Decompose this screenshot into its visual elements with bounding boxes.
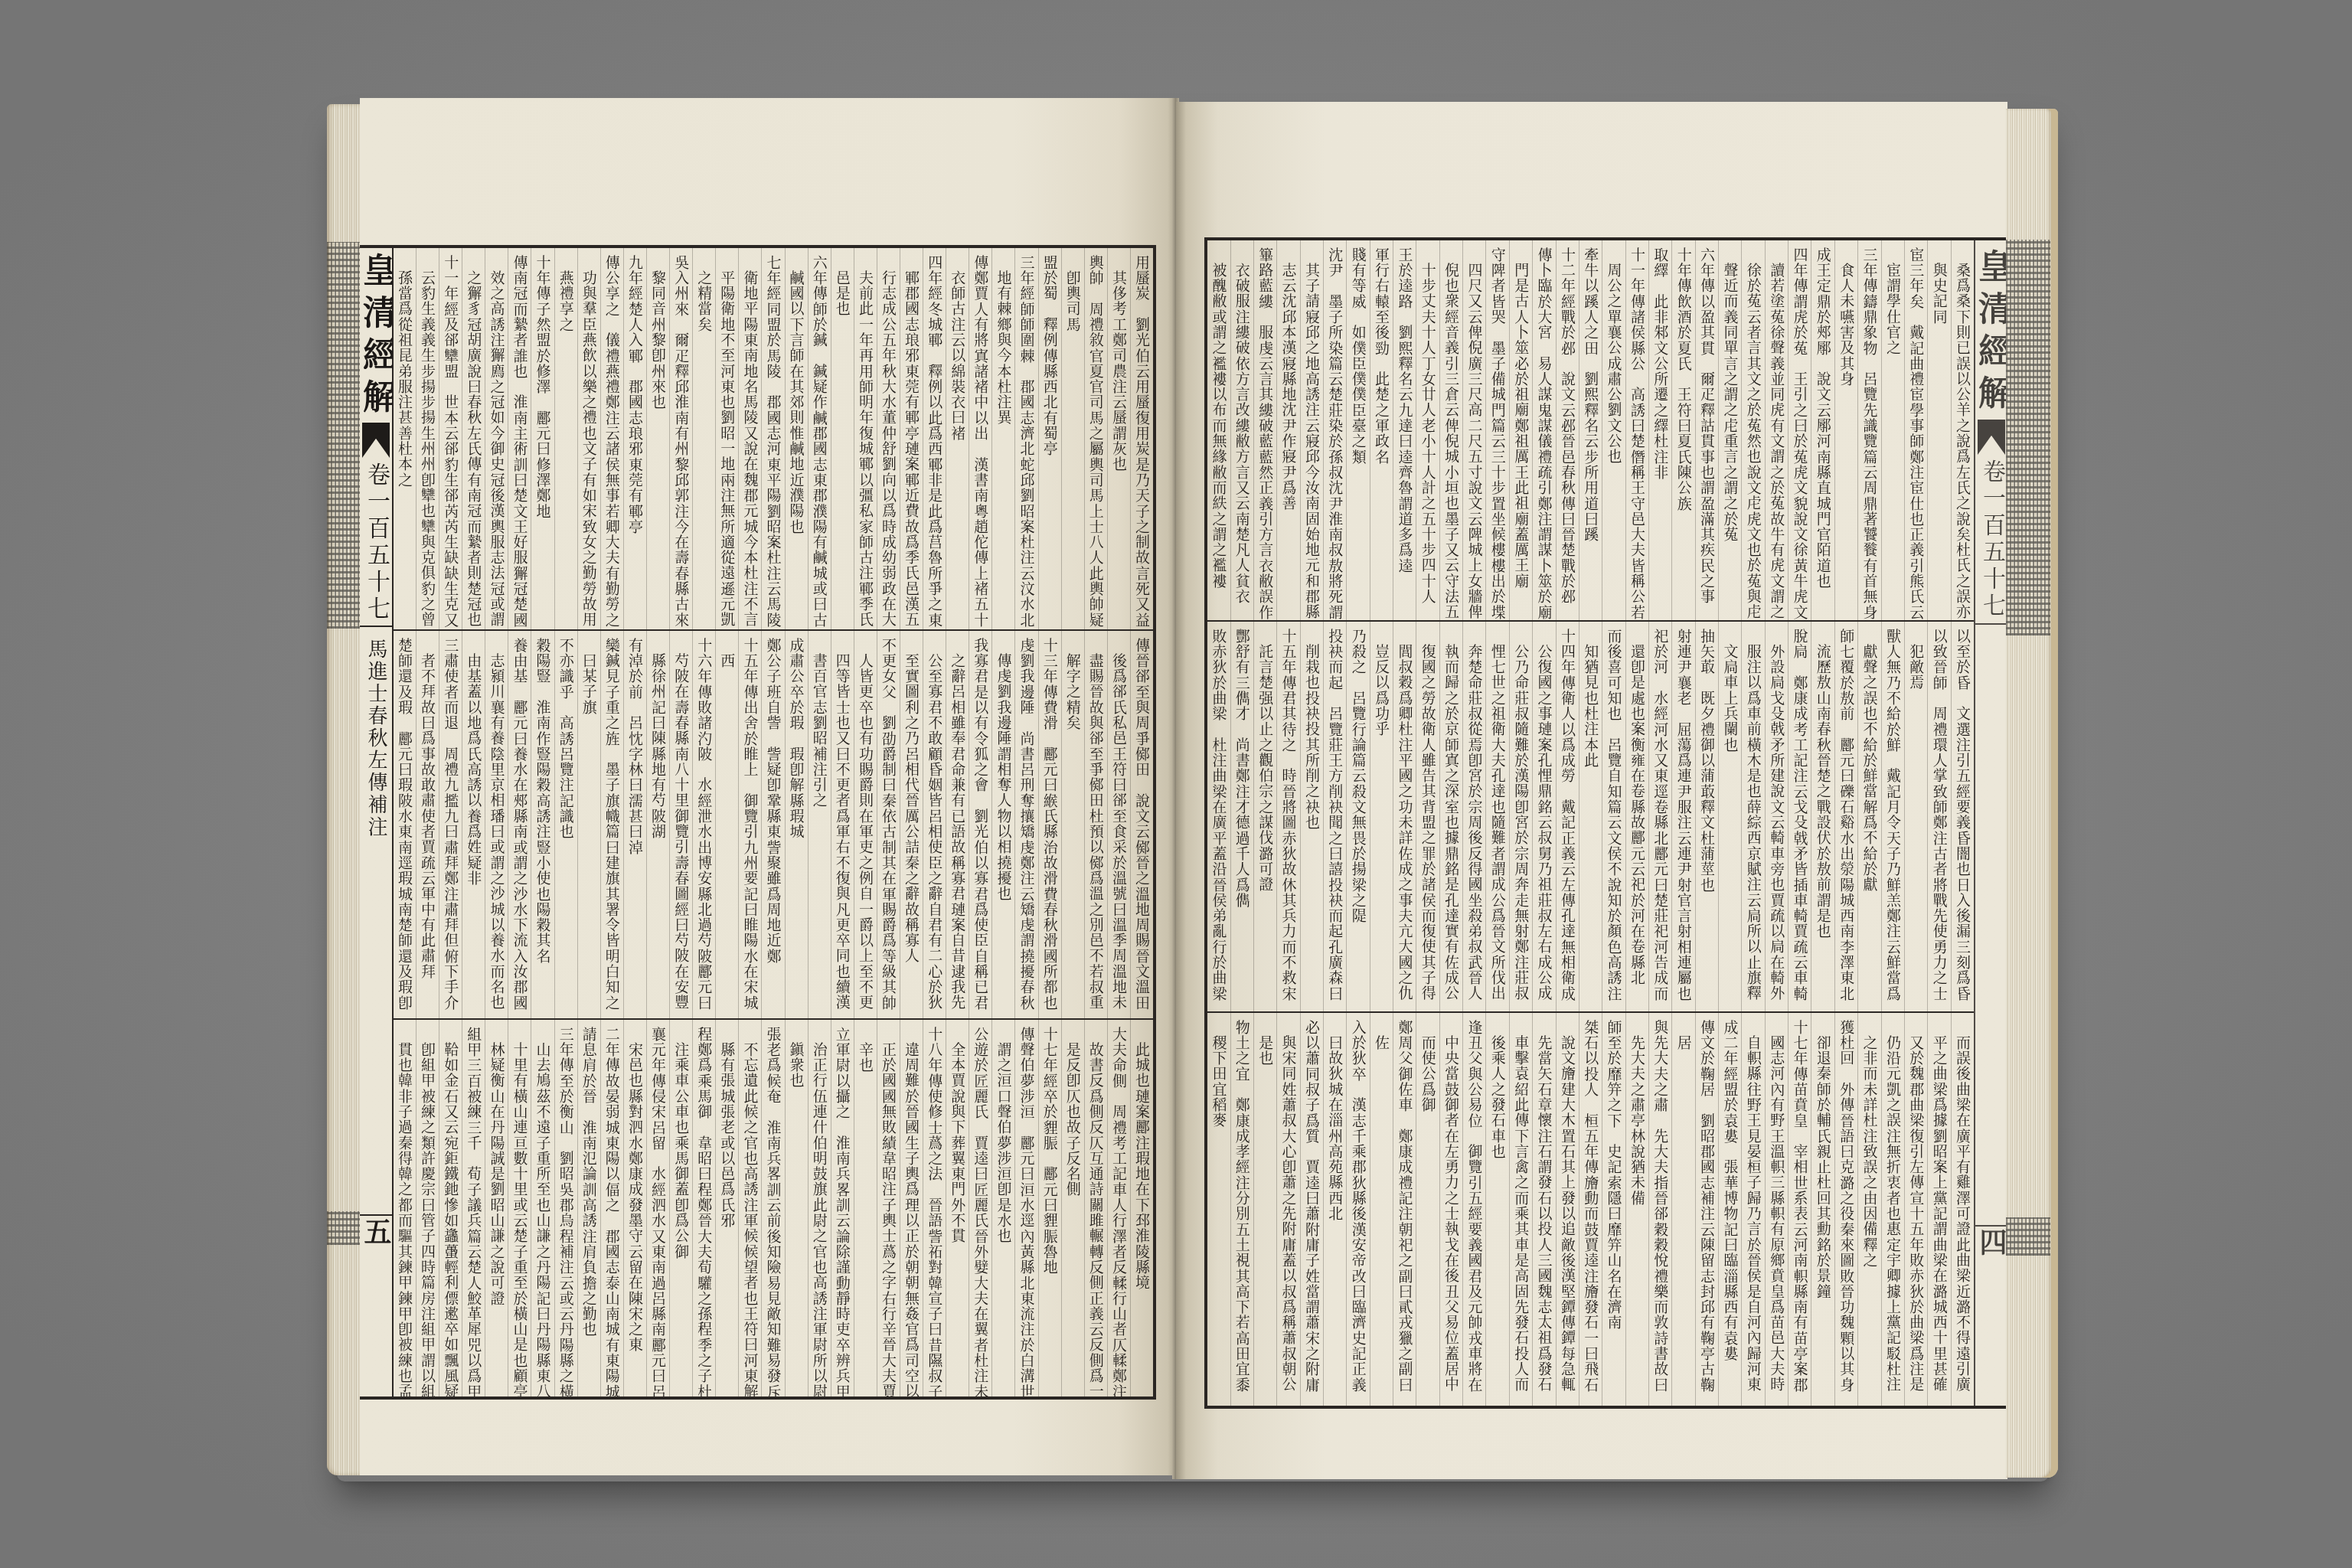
text-column: 十八年傳使修士蔿之法 晉語訾祏對韓宣子曰昔隰叔子	[923, 1020, 946, 1396]
text-column: 組甲三百被練三千 荀子議兵篇云楚人鮫革犀兕以爲甲	[462, 1020, 485, 1396]
text-column: 十七年經卒於貍脤 酈元曰貍脤魯地	[1038, 1020, 1061, 1396]
text-column: 養由基 酈元曰養水在郟縣南或謂之沙水下流入汝郡國	[508, 631, 531, 1018]
left-title-column: 皇清經解 卷一百五十七 馬進士春秋左傳補注 五	[360, 248, 394, 1396]
text-column: 虔劉我邊陲 尚書呂刑奪攘矯虔鄭注云矯虔謂撓擾春秋	[1014, 631, 1037, 1018]
text-column: 成王定鼎於郟鄏 說文云鄏河南縣直城門官陌道也	[1811, 240, 1834, 620]
text-column: 取繹 此非邾文公所遷之繹杜注非	[1648, 240, 1671, 620]
text-column: 還卽是處也案衡雍在卷縣故酈元云祀於河在卷縣北	[1625, 622, 1648, 1011]
text-column: 公至寡君不敢顧昏姻皆呂相使臣之辭自君有二心於狄	[923, 631, 946, 1018]
text-column: 車擊袁紹此傳下言禽之而乘其車是高固先發石投人而	[1509, 1013, 1532, 1406]
text-column: 十步丈夫十人丁女廿人老小十人計之五十步四十人	[1416, 240, 1439, 620]
text-column: 公乃命莊叔隨難於漢陽卽宮於宗周奔走無射鄭注莊叔	[1509, 622, 1532, 1011]
text-column: 三肅使者而退 周禮九㩜九曰肅拜鄭注肅拜但俯下手介	[439, 631, 462, 1018]
text-column: 其子請寢邱之地高誘注云寢邱今汝南固始地元和郡縣	[1300, 240, 1323, 620]
text-column: 盡賜晉故與郤至爭鄇田杜預以鄇爲溫之別邑不若叔重	[1084, 631, 1107, 1018]
title-column-divider	[1975, 1225, 2007, 1227]
text-column: 六年傳師於鍼 鍼疑作鹹郡國志東郡濮陽有鹹城或曰古	[808, 248, 831, 629]
text-column: 黎同音州黎卽州來也	[646, 248, 669, 629]
text-column: 敗赤狄於曲梁 杜注曲梁在廣平蓋沿晉侯弟亂行於曲梁	[1207, 622, 1230, 1011]
text-column: 大夫命側 周禮考工記車人行澤者反輮行山者仄輮鄭注	[1107, 1020, 1130, 1396]
text-column: 獸人無乃不給於鮮 戴記月令天子乃鮮羔鄭注云鮮當爲	[1881, 622, 1904, 1011]
text-column: 四尺又云俾倪廣三尺高二尺五寸說文云陴城上女牆俾	[1462, 240, 1485, 620]
text-column: 穀陽豎 淮南作豎陽穀高誘注豎小使也陽穀其名	[531, 631, 554, 1018]
text-column: 先當矢石章懷注石謂發石以投人三國魏志太祖爲發石	[1532, 1013, 1555, 1406]
register-middle: 以至於昏 文選注引五經要義昏闇也日入後漏三刻爲昏以致晉師 周禮環人掌致師鄭注古者…	[1207, 622, 1974, 1011]
text-column: 用蜃炭 劉光伯云用蜃復用炭是乃天子之制故言死又益	[1130, 248, 1153, 629]
left-text-frame: 皇清經解 卷一百五十七 馬進士春秋左傳補注 五 用蜃炭 劉光伯云用蜃復用炭是乃天…	[360, 245, 1156, 1400]
text-column: 衣師古注云以綿裝衣曰褚	[946, 248, 969, 629]
text-column: 與宋同姓蕭叔大心卽蕭之先附庸蓋以叔爲稱蕭叔朝公	[1276, 1013, 1299, 1406]
text-column: 吳入州來 爾疋釋邱淮南有州黎邱郭注今在壽春縣古來	[669, 248, 692, 629]
text-column: 師七覆於敖前 酈元曰礫石谿水出滎陽城西南李澤東北	[1834, 622, 1857, 1011]
text-column: 乃殺之 呂覽行論篇云殺文無畏於揚梁之隄	[1346, 622, 1369, 1011]
text-column: 又於魏郡曲梁復引左傳宣十五年敗赤狄於曲梁爲注是	[1904, 1013, 1927, 1406]
text-column: 十二年經戰於邲 說文云邲晉邑春秋傳曰晉楚戰於邲	[1556, 240, 1579, 620]
text-column: 治正行伍連什伯明鼓旗此尉之官也高誘注軍尉所以尉	[808, 1020, 831, 1396]
text-column: 逢丑父與公易位 御覽引五經要義國君及元帥戎車將在	[1462, 1013, 1485, 1406]
text-column: 居	[1671, 1013, 1694, 1406]
text-column: 與史記同	[1927, 240, 1950, 620]
text-column: 桀石以投人 桓五年傳旝動而鼓賈逵注旝發石一曰飛石	[1579, 1013, 1602, 1406]
text-column: 而使公爲御	[1416, 1013, 1439, 1406]
text-column: 篳路藍縷 服虔云言其縷破藍藍然正義引方言衣敝誤作	[1253, 240, 1276, 620]
text-column: 沈尹 墨子所染篇云楚莊染於孫叔沈尹淮南叔敖將死謂	[1323, 240, 1346, 620]
text-column: 服注以爲車前橫木是也薛綜西京賦注云扃所以止旗釋	[1741, 622, 1764, 1011]
text-column: 三年傳鑄鼎象物 呂覽先識覽篇云周鼎著饕餮有首無身	[1857, 240, 1880, 620]
text-column: 以至於昏 文選注引五經要義昏闇也日入後漏三刻爲昏	[1951, 622, 1974, 1011]
page-number: 五	[360, 1217, 392, 1253]
text-column: 志云沈邱本漢寢縣地沈尹作寢尹爲善	[1276, 240, 1299, 620]
left-page: 皇清經解 卷一百五十七 馬進士春秋左傳補注 五 用蜃炭 劉光伯云用蜃復用炭是乃天…	[360, 98, 1176, 1475]
text-column: 成肅公卒於瑕 瑕卽解縣瑕城	[785, 631, 808, 1018]
text-column: 脫扃 鄭康成考工記注云戈殳戟矛皆插車輢賈疏云車輢	[1788, 622, 1811, 1011]
text-column: 書百官志劉昭補注引之	[808, 631, 831, 1018]
text-column: 不忘遺此候之官也高誘注軍候候望者也王符曰河東解	[738, 1020, 761, 1396]
text-column: 平陽衛地不至河東也劉昭一地兩注無所適從遠遜元凱	[715, 248, 738, 629]
text-column: 之精當矣	[692, 248, 715, 629]
text-column: 傳卜臨於大宮 易人謀鬼謀儀禮疏引鄭注謂謀卜筮於廟	[1532, 240, 1555, 620]
text-column: 全本賈說與下葬翼東門外不貫	[946, 1020, 969, 1396]
text-column: 後爲郤氏私邑王符曰郤至食采於溫號曰溫季周溫地未	[1107, 631, 1130, 1018]
text-column: 閭叔穀爲卿杜注平國之功未詳佐成之事夫亢大國之仇	[1393, 622, 1416, 1011]
text-column: 解字之精矣	[1061, 631, 1084, 1018]
text-column: 襄元年傳侵宋呂留 水經泗水又東南過呂縣南酈元曰呂	[646, 1020, 669, 1396]
text-column: 抽矢菆 既夕禮御以蒲菆釋文杜蒲莖也	[1695, 622, 1718, 1011]
text-column: 軍行右轅至後勁 此楚之軍政名	[1370, 240, 1393, 620]
text-column: 射連尹襄老 屈蕩爲連尹服注云連尹射官言射相連屬也	[1671, 622, 1694, 1011]
text-column: 衣破服注縷破依方言改縷敝方言又云南楚凡人貧衣	[1230, 240, 1253, 620]
collection-title: 皇清經解	[360, 253, 392, 423]
text-column: 中央當鼓御者在左勇力之士執戈在後丑父易位蓋居中	[1439, 1013, 1462, 1406]
fishtail-mark-icon	[362, 423, 390, 458]
text-column: 鎭衆也	[785, 1020, 808, 1396]
text-column: 復國之勞故衛人雖告其背盟之罪於諸侯而復使其子得	[1416, 622, 1439, 1011]
right-title-column: 皇清經解 卷一百五十七 四	[1974, 240, 2007, 1406]
text-column: 芍陂在壽春縣南八十里御覽引壽春圖經曰芍陂在安豐	[669, 631, 692, 1018]
text-column: 十一年經及郤犫盟 世本云郤豹生郤芮芮生缺缺生克又	[439, 248, 462, 629]
text-column: 十四年傳衛人以爲成勞 戴記正義云左傳孔達無相衛成	[1556, 622, 1579, 1011]
text-column: 之獬豸冠胡廣說曰春秋左氏傳有南冠而縶者則楚冠也	[462, 248, 485, 629]
fishtail-mark-icon	[1978, 420, 2005, 455]
text-column: 縣有張城張老或以邑爲氏邪	[715, 1020, 738, 1396]
text-column: 卽輿司馬	[1061, 248, 1084, 629]
volume-number: 卷一百五十七	[1975, 459, 2007, 622]
text-column: 執而歸之於京師寘之深室也據鼎銘是孔達實有佐成公	[1439, 622, 1462, 1011]
text-column: 山去鳩茲不遠子重所至也山謙之丹陽記曰丹陽縣東八	[531, 1020, 554, 1396]
text-column: 說文旝建大木置石其上發以追敵後漢堅鐔傳鐔每急輒	[1556, 1013, 1579, 1406]
text-column: 十五年傳出舍於睢上 御覽引九州要記曰睢陽水在宋城	[738, 631, 761, 1018]
text-column: 賤有等威 如僕臣僕僕臣臺之類	[1346, 240, 1369, 620]
text-column: 此城也璉案酈注瑕地在下邳淮陵縣境	[1130, 1020, 1153, 1396]
text-column: 貫也韓非子過秦得韓之都而驅其鍊甲鍊甲卽被練也孟	[394, 1020, 416, 1396]
text-column: 楚師還及瑕 酈元曰瑕陂水東南逕瑕城南楚師還及瑕卽	[394, 631, 416, 1018]
work-title: 馬進士春秋左傳補注	[360, 639, 392, 841]
text-column: 林疑衡山在丹陽誠是劉昭山謙之說可證	[485, 1020, 508, 1396]
text-column: 違周難於晉國生子輿爲理以正於朝朝無姦官爲司空以	[900, 1020, 923, 1396]
text-column: 流歷敖山南春秋晉楚之戰設伏於敖前謂是也	[1811, 622, 1834, 1011]
text-column: 十一年傳諸侯縣公 高誘曰楚僭稱王守邑大夫皆稱公若	[1625, 240, 1648, 620]
title-column-divider	[360, 626, 392, 627]
text-column: 至實圖利之乃呂相代晉厲公詰秦之辭故稱寡人	[900, 631, 923, 1018]
text-column: 云豹生義義生步揚步揚生州州卽犫也犫與克俱豹之曾	[416, 248, 439, 629]
text-column: 守陴者皆哭 墨子備城門篇云三十步置坐候樓樓出於堞	[1485, 240, 1508, 620]
text-column: 七年經同盟於馬陵 郡國志河東平陽劉昭案杜注云馬陵	[761, 248, 784, 629]
open-book-photo: 皇清經解 卷一百五十七 馬進士春秋左傳補注 五 用蜃炭 劉光伯云用蜃復用炭是乃天…	[0, 0, 2352, 1568]
text-column: 平之曲梁爲據劉昭案上黨記謂曲梁在潞城西十里甚確	[1927, 1013, 1950, 1406]
title-ink-bleed	[327, 242, 361, 629]
text-column: 獲杜回 外傳晉語曰克潞之役秦來圖敗晉功魏顆以其身	[1834, 1013, 1857, 1406]
text-column: 四年傳謂虎於菟 王引之曰於菟虎文貌說文徐黃牛虎文	[1788, 240, 1811, 620]
text-column: 傳晉郤至與周爭鄇田 說文云鄇晉之溫地周賜晉文溫田	[1130, 631, 1153, 1018]
left-text-registers: 用蜃炭 劉光伯云用蜃復用炭是乃天子之制故言死又益其侈考工鄭司農注云蜃謂灰也輿帥 …	[394, 248, 1153, 1396]
text-column: 辛也	[854, 1020, 877, 1396]
text-column: 王於逵路 劉熙釋名云九達曰逵齊魯謂道多爲逵	[1393, 240, 1416, 620]
text-column: 傳鄭賈人有將寘諸褚中以出 漢書南粵趙佗傳上褚五十	[969, 248, 991, 629]
title-ink-bleed	[2006, 240, 2050, 635]
right-text-registers: 桑爲桑下則已誤以公羊之說爲左氏之說矣杜氏之誤亦與史記同宦三年矣 戴記曲禮宦學事師…	[1207, 240, 1974, 1406]
right-text-frame: 桑爲桑下則已誤以公羊之說爲左氏之說矣杜氏之誤亦與史記同宦三年矣 戴記曲禮宦學事師…	[1204, 237, 2007, 1409]
text-column: 衛地平陽東南地名馬陵又說在魏郡元城今本杜注不言	[738, 248, 761, 629]
text-column: 佐	[1370, 1013, 1393, 1406]
text-column: 奔楚命莊叔從焉卽宮於宗周後反得國坐殺弟叔武晉人	[1462, 622, 1485, 1011]
text-column: 鄆郡國志琅邪東莞有鄆亭璉案鄆近費故爲季氏邑漢五	[900, 248, 923, 629]
text-column: 地有棘鄉與今本杜注異	[991, 248, 1014, 629]
text-column: 外設扃戈殳戟矛所建說文云輢車旁也賈疏以扃在輢外	[1765, 622, 1788, 1011]
text-column: 傳虔劉我邊陲謂相奪人物以相撓擾也	[991, 631, 1014, 1018]
text-column: 我寡君是以有令狐之會 劉光伯以寡君爲使臣自稱已君	[969, 631, 991, 1018]
text-column: 孫當爲從祖昆弟服注甚善杜本之	[394, 248, 416, 629]
register-top: 桑爲桑下則已誤以公羊之說爲左氏之說矣杜氏之誤亦與史記同宦三年矣 戴記曲禮宦學事師…	[1207, 240, 1974, 620]
text-column: 而誤後曲梁在廣平有雞澤可證此曲梁近潞不得遠引廣	[1951, 1013, 1974, 1406]
text-column: 者不拜故曰爲事故敢肅使者賈疏云軍中有此肅拜	[416, 631, 439, 1018]
text-column: 有淖於前 呂忱字林曰濡甚曰淖	[623, 631, 646, 1018]
right-page: 桑爲桑下則已誤以公羊之說爲左氏之說矣杜氏之誤亦與史記同宦三年矣 戴記曲禮宦學事師…	[1176, 102, 2007, 1479]
text-column: 三年經師師圍棘 郡國志濟北蛇邱劉昭案杜注云汶水北	[1014, 248, 1037, 629]
text-column: 行志成公五年秋大水董仲舒劉向以爲時成幼弱政在大	[877, 248, 900, 629]
text-column: 三年傳至於衡山 劉昭吳郡烏程補注云或云丹陽縣之橫	[554, 1020, 577, 1396]
text-column: 宋邑也縣對泗水鄭康成發墨守云留在陳宋之東	[623, 1020, 646, 1396]
text-column: 故書反爲側反仄互通詩關雎輾轉反側正義云反側爲一	[1084, 1020, 1107, 1396]
text-column: 仍沿元凱之誤注無折衷者也惠定宇卿據上黨記駁杜注	[1881, 1013, 1904, 1406]
text-column: 盟於蜀 釋例傳縣西北有蜀亭	[1038, 248, 1061, 629]
text-column: 食人未嚥害及其身	[1834, 240, 1857, 620]
text-column: 被醜敝或謂之襤褸以布而無緣敝而紩之謂之襤褸	[1207, 240, 1230, 620]
text-column: 犯敵焉	[1904, 622, 1927, 1011]
text-column: 曰某子旗	[577, 631, 600, 1018]
text-column: 輿帥 周禮敘官夏官司馬之屬輿司馬上士八人此輿帥疑	[1084, 248, 1107, 629]
text-column: 公復國之事璉案孔悝鼎銘云叔舅乃祖莊叔左右成公成	[1532, 622, 1555, 1011]
register-bottom: 此城也璉案酈注瑕地在下邳淮陵縣境大夫命側 周禮考工記車人行澤者反輮行山者仄輮鄭注…	[394, 1020, 1153, 1396]
text-column: 鞈如金石又云宛鉅鐵釶慘如蠭蠆輕利僄遬卒如飄風疑	[439, 1020, 462, 1396]
text-column: 燕禮享之	[554, 248, 577, 629]
page-number-ink-bleed	[327, 1211, 361, 1245]
text-column: 由基蓋以地爲氏高誘以養爲姓疑非	[462, 631, 485, 1018]
text-column: 立軍尉以攝之 淮南兵畧訓云論除謹動靜時吏卒辨兵甲	[831, 1020, 854, 1396]
text-column: 周公之單襄公成肅公劉文公也	[1602, 240, 1625, 620]
text-column: 文扃車上兵闌也	[1718, 622, 1741, 1011]
text-column: 十里有橫山連亘數十里或云楚子重至於橫山是也顧亭	[508, 1020, 531, 1396]
text-column: 程鄭爲乘馬御 韋昭曰程鄭晉大夫荀驩之孫程季之子杜	[692, 1020, 715, 1396]
text-column: 張老爲候奄 淮南兵畧訓云前後知險易見敵知難易發斥	[761, 1020, 784, 1396]
text-column: 之辭呂相雖奉君命兼有已語故稱寡君璉案自昔逮我先	[946, 631, 969, 1018]
text-column: 十七年傳苗賁皇 宰相世系表云河南軹縣南有苗亭案郡	[1788, 1013, 1811, 1406]
text-column: 而後喜可知也 呂覽自知篇云文侯不說知於顏色高誘注	[1602, 622, 1625, 1011]
text-column: 傳文於鞠居 劉昭郡國志補注云陳留志封邱有鞠亭古鞠	[1695, 1013, 1718, 1406]
text-column: 酆舒有三儁才 尚書鄭注才德過千人爲儁	[1230, 622, 1253, 1011]
text-column: 後乘人之發石車也	[1485, 1013, 1508, 1406]
text-column: 投袂而起 呂覽莊王方削袂聞之曰譆投袂而起孔廣森曰	[1323, 622, 1346, 1011]
text-column: 物土之宜 鄭康成孝經注分別五土視其高下若高田宜黍	[1230, 1013, 1253, 1406]
text-column: 正於國國無敗績韋昭注子輿士蔿之字右行辛晉大夫賈	[877, 1020, 900, 1396]
text-column: 鄭周父御佐車 鄭康成禮記注朝祀之副曰貳戎獵之副曰	[1393, 1013, 1416, 1406]
text-column: 先大夫之肅亭林說猶未備	[1625, 1013, 1648, 1406]
text-column: 十三年傳費滑 酈元曰緱氏縣治故滑費春秋滑國所都也	[1038, 631, 1061, 1018]
text-column: 鹹國以下言師在其郊則惟鹹地近濮陽也	[785, 248, 808, 629]
text-column: 十六年傳敗諸汋陂 水經泄水出博安縣北過芍陂酈元曰	[692, 631, 715, 1018]
register-middle: 傳晉郤至與周爭鄇田 說文云鄇晉之溫地周賜晉文溫田後爲郤氏私邑王符曰郤至食采於溫號…	[394, 631, 1153, 1018]
text-column: 西	[715, 631, 738, 1018]
text-column: 徐於菟云者言其文之於菟然也說文虍虎文也於菟與虍	[1741, 240, 1764, 620]
text-column: 注乘車公車也乘馬御蓋卽爲公御	[669, 1020, 692, 1396]
text-column: 曰故狄城在淄州高苑縣西北	[1323, 1013, 1346, 1406]
text-column: 是也	[1253, 1013, 1276, 1406]
text-column: 成二年經盟於袁婁 張華博物記曰臨淄縣西有袁婁	[1718, 1013, 1741, 1406]
text-column: 傳公享之 儀禮燕禮鄭注云諸侯無事若卿大夫有勤勞之	[600, 248, 623, 629]
text-column: 人皆更卒也有功賜爵則在軍吏之例自一爵以上至不更	[854, 631, 877, 1018]
register-top: 用蜃炭 劉光伯云用蜃復用炭是乃天子之制故言死又益其侈考工鄭司農注云蜃謂灰也輿帥 …	[394, 248, 1153, 629]
text-column: 自軹縣往野王見晏桓子歸乃言於晉侯是自河內歸河東	[1741, 1013, 1764, 1406]
text-column: 師至於靡笄之下 史記索隱曰靡笄山名在濟南	[1602, 1013, 1625, 1406]
text-column: 門是古人卜筮必於祖廟鄭祖厲王此祖廟蓋厲王廟	[1509, 240, 1532, 620]
text-column: 十年傳子然盟於修澤 酈元曰修澤鄭地	[531, 248, 554, 629]
text-column: 之非而未詳杜注致誤之由因備釋之	[1857, 1013, 1880, 1406]
text-column: 十年傳飲酒於夏氏 王符曰夏氏陳公族	[1671, 240, 1694, 620]
text-column: 傳南冠而縶者誰也 淮南主術訓曰楚文王好服獬冠楚國	[508, 248, 531, 629]
text-column: 知猶見也杜注本此	[1579, 622, 1602, 1011]
collection-title: 皇清經解	[1975, 249, 2007, 419]
text-column: 必以蕭同叔子爲質 賈逵曰蕭附庸子姓當謂蕭宋之附庸	[1300, 1013, 1323, 1406]
text-column: 稷下田宜稻麥	[1207, 1013, 1230, 1406]
left-fore-edge	[327, 104, 361, 1475]
text-column: 公遊於匠麗氏 賈逵曰匠麗氏晉外嬖大夫在翼者杜注未	[969, 1020, 991, 1396]
text-column: 四等皆士也又曰不更者爲軍右不復與凡更卒同也續漢	[831, 631, 854, 1018]
text-column: 謂之洹口聲伯夢涉洹卽是水也	[991, 1020, 1014, 1396]
text-column: 獻聲之誤也不給於鮮當解爲不給於獻	[1857, 622, 1880, 1011]
text-column: 縣徐州記曰陳縣地有芍陂湖	[646, 631, 669, 1018]
page-number-ink-bleed	[2006, 1217, 2050, 1256]
text-column: 邑是也	[831, 248, 854, 629]
text-column: 十五年傳君其待之 時晉將圖赤狄故休其兵力而不救宋	[1276, 622, 1299, 1011]
text-column: 鄭公子班自訾 訾疑卽鞏縣東訾聚雖爲周地近鄭	[761, 631, 784, 1018]
text-column: 欒鍼見子重之旌 墨子旗幟篇曰建旗其署令皆明白知之	[600, 631, 623, 1018]
text-column: 效之高誘注獬廌之冠如今御史冠後漢輿服志法冠或謂	[485, 248, 508, 629]
right-fore-edge	[2006, 109, 2058, 1478]
text-column: 豈反以爲功乎	[1370, 622, 1393, 1011]
text-column: 削栽也投袂投其所削之袂也	[1300, 622, 1323, 1011]
text-column: 二年傳故晏弱城東陽以偪之 郡國志泰山南城有東陽城	[600, 1020, 623, 1396]
register-bottom: 而誤後曲梁在廣平有雞澤可證此曲梁近潞不得遠引廣平之曲梁爲據劉昭案上黨記謂曲梁在潞…	[1207, 1013, 1974, 1406]
text-column: 請息肩於晉 淮南氾論訓高誘注肩負擔之勤也	[577, 1020, 600, 1396]
title-column-divider	[1975, 623, 2007, 625]
text-column: 國志河內有野王溫軹三縣軹有原鄉賁皇爲苗邑大夫時	[1765, 1013, 1788, 1406]
text-column: 宦謂學仕官之	[1881, 240, 1904, 620]
text-column: 牽牛以蹊人之田 劉熙釋名云步所用道曰蹊	[1579, 240, 1602, 620]
text-column: 不更女父 劉劭爵制曰秦依古制其在軍賜爵爲等級其帥	[877, 631, 900, 1018]
text-column: 祀於河 水經河水又東逕卷縣北酈元曰楚莊祀河告成而	[1648, 622, 1671, 1011]
text-column: 傳聲伯夢涉洹 酈元曰洹水逕內黃縣北東流注於白溝世	[1014, 1020, 1037, 1396]
text-column: 聲近而義同單言之謂之虍重言之謂之於菟	[1718, 240, 1741, 620]
text-column: 是反卽仄也故子反名側	[1061, 1020, 1084, 1396]
title-column-divider	[360, 1214, 392, 1216]
text-column: 讀若塗菟徐聲義並同虎有文謂之於菟故牛有虎文謂之	[1765, 240, 1788, 620]
text-column: 六年傳以盈其貫 爾疋釋詁貫事也謂盈滿其疾民之事	[1695, 240, 1718, 620]
text-column: 宦三年矣 戴記曲禮宦學事師鄭注宦仕也正義引熊氏云	[1904, 240, 1927, 620]
text-column: 其侈考工鄭司農注云蜃謂灰也	[1107, 248, 1130, 629]
text-column: 不亦識乎 高誘呂覽注記識也	[554, 631, 577, 1018]
text-column: 託言楚强以止之觀伯宗之謀伐潞可證	[1253, 622, 1276, 1011]
volume-number: 卷一百五十七	[360, 462, 392, 625]
text-column: 功與羣臣燕飲以樂之禮也文子有如宋致女之勤勞故用	[577, 248, 600, 629]
text-column: 與先大夫之肅 先大夫指晉郤穀穀悅禮樂而敦詩書故曰	[1648, 1013, 1671, 1406]
text-column: 桑爲桑下則已誤以公羊之說爲左氏之說矣杜氏之誤亦	[1951, 240, 1974, 620]
text-column: 卻退秦師於輔氏親止杜回其勳銘於景鐘	[1811, 1013, 1834, 1406]
text-column: 以致晉師 周禮環人掌致師鄭注古者將戰先使勇力之士	[1927, 622, 1950, 1011]
text-column: 卽組甲被練之類許慶宗曰管子四時篇房注組甲謂以組	[416, 1020, 439, 1396]
text-column: 九年經楚人入鄆 郡國志琅邪東莞有鄆亭	[623, 248, 646, 629]
text-column: 夫前此一年再用師明年復城鄆以彊私家師古注鄆季氏	[854, 248, 877, 629]
page-number: 四	[1975, 1228, 2007, 1263]
text-column: 悝七世之祖衛大夫孔達也隨難者謂成公爲晉文所伐出	[1485, 622, 1508, 1011]
text-column: 志潁川襄有養陰里京相璠曰或謂之沙城以養水而名也	[485, 631, 508, 1018]
text-column: 入於狄卒 漢志千乘郡狄縣後漢安帝改曰臨濟史記正義	[1346, 1013, 1369, 1406]
text-column: 倪也衆經音義引三倉云俾倪城小垣也墨子又云守法五	[1439, 240, 1462, 620]
text-column: 四年經冬城鄆 釋例以此爲西鄆非是此爲莒魯所爭之東	[923, 248, 946, 629]
